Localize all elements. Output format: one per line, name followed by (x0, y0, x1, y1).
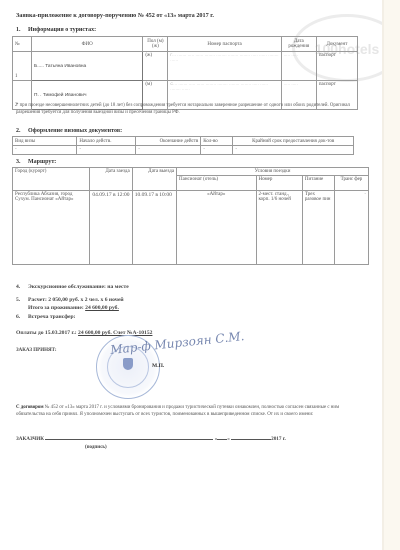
tourist-name: Б..... Татьяна Ивановна (32, 52, 143, 81)
col-deadline: Крайний срок предоставления док-тов (233, 137, 354, 146)
col-start: Начало действ. (77, 137, 136, 146)
arrival-value: 04.09.17 в 12:00 (90, 191, 132, 265)
month-field[interactable] (231, 439, 271, 440)
col-arrival: Дата заезда (90, 168, 132, 191)
visa-type-value: - (13, 146, 77, 155)
col-meals: Питание (302, 176, 334, 191)
minors-note: * при проезде несовершеннолетних детей (… (16, 102, 356, 116)
section3-heading: 3.Маршрут: (16, 159, 56, 165)
table-row: Республика Абхазия, город Сухум. Пансион… (13, 191, 369, 265)
city-value: Республика Абхазия, город Сухум. Пансион… (13, 191, 90, 265)
col-hotel: Пансионат (отель) (177, 176, 256, 191)
customer-signature-field[interactable] (45, 439, 213, 440)
payment-amount: 24 600,00 руб. Счет №А-10152 (78, 330, 152, 336)
passport-number: Г... ....... ..... ...... ........ .....… (168, 52, 281, 81)
customer-line: ЗАКАЗЧИК «» 2017 г. (16, 436, 286, 442)
col-number: № (13, 37, 32, 52)
section5-total: Итого за проживание: 24 600,00 руб. (28, 305, 119, 311)
section2-heading: 2.Оформление визовых документов: (16, 128, 122, 134)
section4-excursion: 4.Экскурсионное обслуживание: на месте (16, 284, 129, 290)
row-number: 1 (13, 52, 32, 81)
meals-value: Трех разовое пин (302, 191, 334, 265)
total-amount: 24 600,00 руб. (85, 305, 119, 311)
deadline-value: - (233, 146, 354, 155)
section1-heading: 1.Информация о туристах: (16, 27, 96, 33)
birth-date: ..... ..... (281, 52, 316, 81)
col-visa-type: Вид визы (13, 137, 77, 146)
tourist-sex: (ж) (143, 52, 168, 81)
table-row: - - - - - (13, 146, 354, 155)
end-value: - (136, 146, 201, 155)
qty-value: - (201, 146, 233, 155)
order-accepted-label: ЗАКАЗ ПРИНЯТ: (16, 348, 57, 353)
document-page: 100hotels Заявка-приложение к договору-п… (0, 0, 384, 550)
start-value: - (77, 146, 136, 155)
signature-caption: (подпись) (85, 445, 107, 450)
seal-place-label: М.П. (152, 363, 164, 369)
table-header-row: Вид визы Начало действ. Окончание действ… (13, 137, 354, 146)
col-departure: Дата выезда (132, 168, 176, 191)
section6-transfer: 6.Встреча трансфер: (16, 314, 76, 320)
room-value: 2-мест. станд., корп. 1/6 ночей (256, 191, 302, 265)
col-city: Город (курорт) (13, 168, 90, 191)
hotel-value: «Айтар» (177, 191, 256, 265)
departure-value: 10.09.17 в 10:00 (132, 191, 176, 265)
col-sex: Пол (м) (ж) (143, 37, 168, 52)
document-type: паспорт (316, 52, 357, 81)
agreement-paragraph: С договором № 452 от «13» марта 2017 г. … (16, 405, 356, 419)
col-dob: Дата рождения (281, 37, 316, 52)
table-row: 1 Б..... Татьяна Ивановна (ж) Г... .....… (13, 52, 358, 81)
day-field[interactable] (217, 439, 227, 440)
table-header-row: № ФИО Пол (м) (ж) Номер паспорта Дата ро… (13, 37, 358, 52)
scan-edge (384, 0, 400, 550)
visa-table: Вид визы Начало действ. Окончание действ… (12, 136, 354, 155)
tourists-table: № ФИО Пол (м) (ж) Номер паспорта Дата ро… (12, 36, 358, 110)
document-title: Заявка-приложение к договору-поручению №… (16, 12, 214, 19)
section5-calc: 5.Расчет: 2 050,00 руб. х 2 чел. х 6 ноч… (16, 297, 124, 303)
col-end: Окончание действ (136, 137, 201, 146)
route-table: Город (курорт) Дата заезда Дата выезда У… (12, 167, 369, 265)
stamp-emblem-icon (123, 358, 133, 370)
col-passport: Номер паспорта (168, 37, 281, 52)
col-document: Документ (316, 37, 357, 52)
col-conditions: Условия поездки (177, 168, 369, 176)
col-qty: Кол-во (201, 137, 233, 146)
table-header-row: Город (курорт) Дата заезда Дата выезда У… (13, 168, 369, 176)
transfer-value: - (334, 191, 368, 265)
col-room: Номер (256, 176, 302, 191)
col-fio: ФИО (32, 37, 143, 52)
col-transfer: Транс фер (334, 176, 368, 191)
